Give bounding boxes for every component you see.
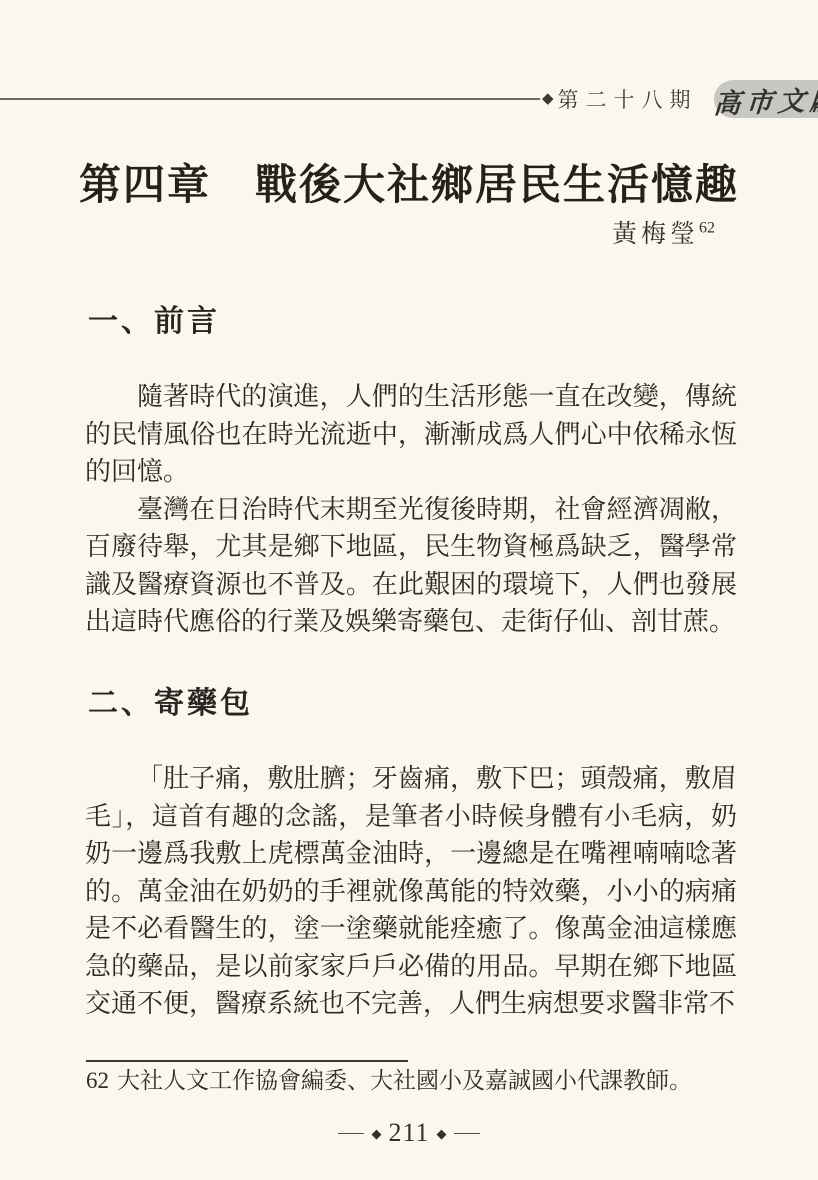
journal-logo-badge: 高市文獻 bbox=[714, 80, 818, 118]
section-body-medicine-bag: 「肚子痛，敷肚臍；牙齒痛，敷下巴；頭殼痛，敷眉毛」，這首有趣的念謠，是筆者小時候… bbox=[85, 760, 737, 1023]
footnote-marker: 62 bbox=[86, 1068, 109, 1093]
document-page: ◆ 第二十八期 高市文獻 第四章 戰後大社鄉居民生活憶趣 黃梅瑩62 一、前言 … bbox=[0, 0, 818, 1180]
author-name: 黃梅瑩 bbox=[612, 221, 699, 248]
footer-rule-left bbox=[338, 1133, 364, 1134]
author-line: 黃梅瑩62 bbox=[612, 214, 715, 250]
paragraph: 隨著時代的演進，人們的生活形態一直在改變，傳統的民情風俗也在時光流逝中，漸漸成爲… bbox=[85, 378, 737, 491]
header-rule bbox=[0, 98, 540, 100]
footnote: 62大社人文工作協會編委、大社國小及嘉誠國小代課教師。 bbox=[86, 1066, 754, 1096]
page-footer: ◆ 211 ◆ bbox=[0, 1118, 818, 1148]
section-heading-foreword: 一、前言 bbox=[88, 296, 220, 340]
paragraph: 「肚子痛，敷肚臍；牙齒痛，敷下巴；頭殼痛，敷眉毛」，這首有趣的念謠，是筆者小時候… bbox=[85, 760, 737, 1023]
section-heading-medicine-bag: 二、寄藥包 bbox=[88, 678, 253, 722]
author-footnote-ref: 62 bbox=[699, 220, 715, 237]
page-number: 211 bbox=[388, 1118, 429, 1148]
diamond-icon: ◆ bbox=[371, 1127, 381, 1140]
footnote-rule bbox=[86, 1060, 408, 1062]
paragraph: 臺灣在日治時代末期至光復後時期，社會經濟凋敝，百廢待舉，尤其是鄉下地區，民生物資… bbox=[85, 491, 737, 641]
footer-rule-right bbox=[454, 1133, 480, 1134]
section-body-foreword: 隨著時代的演進，人們的生活形態一直在改變，傳統的民情風俗也在時光流逝中，漸漸成爲… bbox=[85, 378, 737, 641]
diamond-icon: ◆ bbox=[437, 1127, 447, 1140]
journal-logo-calligraphy: 高市文獻 bbox=[712, 77, 818, 120]
issue-label: 第二十八期 bbox=[558, 84, 698, 114]
page-header: ◆ 第二十八期 高市文獻 bbox=[0, 78, 818, 120]
chapter-title: 第四章 戰後大社鄉居民生活憶趣 bbox=[0, 152, 818, 212]
footnote-text: 大社人文工作協會編委、大社國小及嘉誠國小代課教師。 bbox=[117, 1068, 692, 1093]
diamond-icon: ◆ bbox=[542, 92, 554, 107]
